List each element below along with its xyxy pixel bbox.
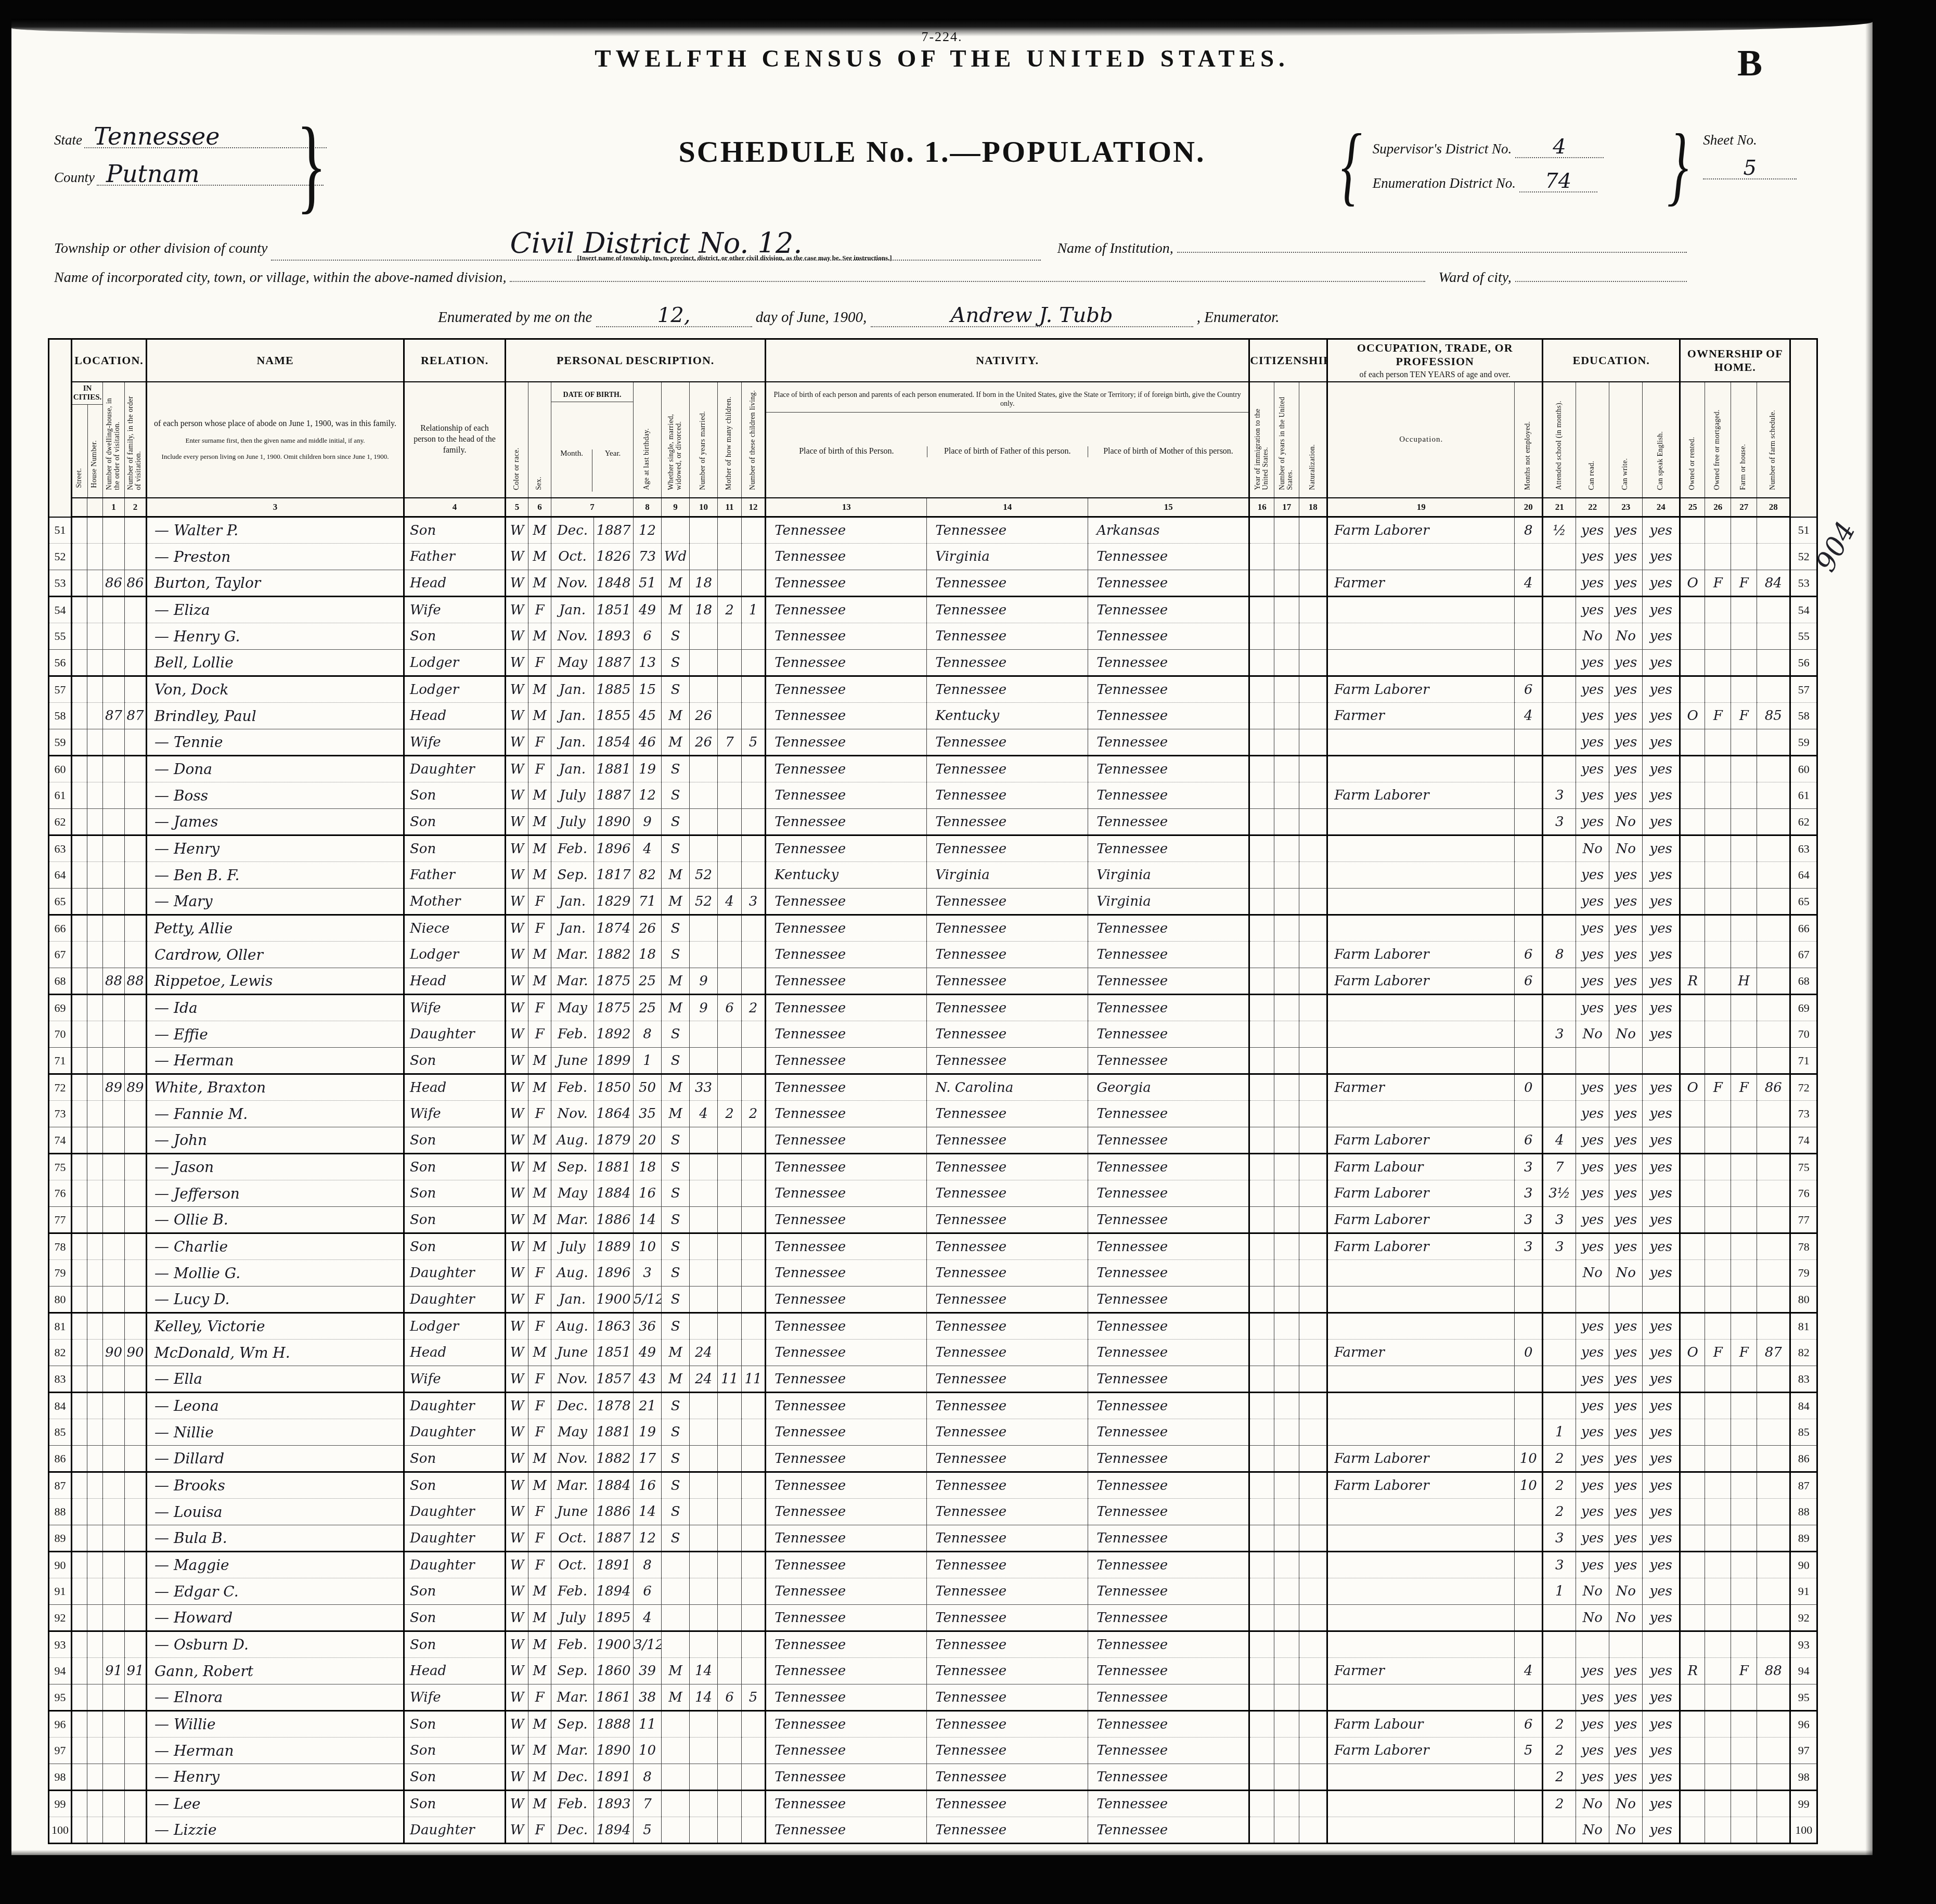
cell-oc: [1327, 1605, 1515, 1631]
cell-oc: Farmer: [1327, 1340, 1515, 1366]
cell-iy: [1249, 1499, 1274, 1525]
cell-pb: Tennessee: [766, 1711, 927, 1738]
cell-mo: Jan.: [551, 703, 594, 729]
cell-yu: [1274, 1366, 1299, 1393]
cell-fs: [1757, 729, 1790, 756]
line-number-left: 71: [49, 1048, 72, 1074]
cell-mo: Feb.: [551, 1021, 594, 1048]
cell-fs: [1757, 1711, 1790, 1738]
cell-ag: 13: [634, 650, 662, 676]
cell-mn: 10: [1515, 1472, 1543, 1499]
cell-nm: — Elnora: [147, 1684, 404, 1711]
cell-fh: [1731, 1472, 1757, 1499]
header-can-read: Can read.: [1576, 382, 1609, 498]
cell-ms: [662, 1711, 690, 1738]
line-number-left: 97: [49, 1738, 72, 1764]
line-number-left: 68: [49, 968, 72, 995]
cell-ce: yes: [1643, 1393, 1680, 1419]
line-number-right: 90: [1790, 1552, 1817, 1578]
cell-fs: [1757, 1287, 1790, 1313]
cell-cl: [742, 1552, 766, 1578]
cell-cl: [742, 1021, 766, 1048]
cell-dw: [103, 915, 125, 942]
group-name: NAME: [147, 339, 404, 382]
cell-pf: Tennessee: [927, 1684, 1088, 1711]
cell-ms: M: [662, 889, 690, 915]
cell-oc: Farm Laborer: [1327, 1472, 1515, 1499]
cell-ym: [690, 1233, 718, 1260]
cell-sx: M: [528, 623, 551, 650]
census-row: 56Bell, LollieLodgerWFMay188713STennesse…: [49, 650, 1817, 676]
line-number-left: 75: [49, 1154, 72, 1180]
cell-hn: [87, 942, 103, 968]
cell-nz: [1299, 1127, 1327, 1154]
cell-fs: [1757, 968, 1790, 995]
cell-fs: [1757, 517, 1790, 544]
enumerated-mid: day of June, 1900,: [756, 309, 867, 326]
cell-dw: [103, 1499, 125, 1525]
cell-mo: Feb.: [551, 1791, 594, 1817]
cell-rc: W: [506, 1499, 528, 1525]
cell-cl: [742, 1074, 766, 1101]
cell-fm: F: [1705, 703, 1731, 729]
cell-cl: [742, 1340, 766, 1366]
cell-pm: Tennessee: [1088, 703, 1249, 729]
cell-ms: M: [662, 968, 690, 995]
cell-dw: [103, 782, 125, 809]
cell-pf: Tennessee: [927, 1631, 1088, 1658]
cell-fam: [125, 517, 147, 544]
cell-fm: [1705, 1605, 1731, 1631]
line-number-left: 76: [49, 1180, 72, 1207]
cell-rl: Father: [404, 862, 506, 889]
cell-rl: Daughter: [404, 1817, 506, 1844]
cell-yu: [1274, 623, 1299, 650]
cell-fm: [1705, 1711, 1731, 1738]
cell-ym: 14: [690, 1658, 718, 1684]
line-number-left: 51: [49, 517, 72, 544]
cell-fam: [125, 1101, 147, 1127]
census-row: 51— Walter P.SonWMDec.188712TennesseeTen…: [49, 517, 1817, 544]
cell-iy: [1249, 1101, 1274, 1127]
cell-cr: yes: [1576, 915, 1609, 942]
cell-pf: Tennessee: [927, 756, 1088, 782]
cell-fam: [125, 1366, 147, 1393]
cell-sc: 3½: [1543, 1180, 1576, 1207]
cell-st: [72, 1552, 87, 1578]
cell-mo: July: [551, 1605, 594, 1631]
line-number-right: 65: [1790, 889, 1817, 915]
cell-nz: [1299, 676, 1327, 703]
census-row: 93— Osburn D.SonWMFeb.19003/12TennesseeT…: [49, 1631, 1817, 1658]
cell-iy: [1249, 756, 1274, 782]
cell-rl: Wife: [404, 995, 506, 1021]
cell-mn: 10: [1515, 1446, 1543, 1472]
cell-mc: [718, 1578, 742, 1605]
cell-yu: [1274, 889, 1299, 915]
cell-st: [72, 1738, 87, 1764]
supervisors-district-label: Supervisor's District No.: [1373, 141, 1512, 157]
cell-yu: [1274, 1419, 1299, 1446]
cell-sx: M: [528, 1764, 551, 1791]
cell-pf: Tennessee: [927, 1207, 1088, 1233]
census-row: 54— ElizaWifeWFJan.185149M1821TennesseeT…: [49, 597, 1817, 623]
cell-rc: W: [506, 915, 528, 942]
cell-fam: [125, 544, 147, 570]
census-row: 88— LouisaDaughterWFJune188614STennessee…: [49, 1499, 1817, 1525]
cell-st: [72, 835, 87, 862]
cell-nz: [1299, 1446, 1327, 1472]
cell-iy: [1249, 915, 1274, 942]
cell-mn: [1515, 889, 1543, 915]
cell-hn: [87, 1658, 103, 1684]
cell-dw: [103, 889, 125, 915]
cell-hn: [87, 1340, 103, 1366]
cell-sx: M: [528, 809, 551, 835]
cell-mc: [718, 1021, 742, 1048]
cell-nz: [1299, 1048, 1327, 1074]
cell-od: [1680, 1552, 1705, 1578]
cell-mc: 2: [718, 597, 742, 623]
cell-ym: 18: [690, 570, 718, 597]
cell-cr: yes: [1576, 544, 1609, 570]
cell-nm: White, Braxton: [147, 1074, 404, 1101]
cell-yr: 1900: [594, 1631, 634, 1658]
cell-mc: [718, 1738, 742, 1764]
group-ownership: OWNERSHIP OF HOME.: [1680, 339, 1790, 382]
cell-iy: [1249, 1233, 1274, 1260]
cell-nm: — Dona: [147, 756, 404, 782]
cell-nm: — Brooks: [147, 1472, 404, 1499]
cell-pm: Tennessee: [1088, 835, 1249, 862]
cell-mn: [1515, 1048, 1543, 1074]
cell-oc: Farmer: [1327, 703, 1515, 729]
line-number-right: 54: [1790, 597, 1817, 623]
group-citizenship: CITIZENSHIP.: [1249, 339, 1327, 382]
cell-rc: W: [506, 782, 528, 809]
census-row: 55— Henry G.SonWMNov.18936STennesseeTenn…: [49, 623, 1817, 650]
cell-od: [1680, 1631, 1705, 1658]
cell-yu: [1274, 756, 1299, 782]
line-number-left: 91: [49, 1578, 72, 1605]
cell-rl: Son: [404, 1605, 506, 1631]
cell-od: [1680, 1366, 1705, 1393]
enumerator-name: Andrew J. Tubb: [951, 303, 1113, 327]
cell-nz: [1299, 1180, 1327, 1207]
header-pob-mother: Place of birth of Mother of this person.: [1088, 446, 1248, 457]
cell-fh: [1731, 1313, 1757, 1340]
cell-mn: [1515, 1684, 1543, 1711]
cell-st: [72, 1419, 87, 1446]
cell-ms: M: [662, 862, 690, 889]
cell-fam: [125, 1791, 147, 1817]
cell-cw: No: [1609, 1021, 1643, 1048]
cell-dw: [103, 942, 125, 968]
cell-pm: Tennessee: [1088, 1393, 1249, 1419]
line-number-left: 89: [49, 1525, 72, 1552]
cell-fh: [1731, 1233, 1757, 1260]
cell-ce: yes: [1643, 1738, 1680, 1764]
cell-ag: 16: [634, 1180, 662, 1207]
cell-iy: [1249, 544, 1274, 570]
cell-iy: [1249, 676, 1274, 703]
header-mother-of: Mother of how many children.: [718, 382, 742, 498]
cell-mc: [718, 1180, 742, 1207]
cell-rc: W: [506, 1313, 528, 1340]
cell-oc: [1327, 729, 1515, 756]
line-number-right: 87: [1790, 1472, 1817, 1499]
cell-ce: yes: [1643, 1313, 1680, 1340]
cell-ce: [1643, 1631, 1680, 1658]
cell-mc: [718, 1631, 742, 1658]
cell-ms: M: [662, 1684, 690, 1711]
cell-cl: [742, 1817, 766, 1844]
cell-dw: 91: [103, 1658, 125, 1684]
census-row: 78— CharlieSonWMJuly188910STennesseeTenn…: [49, 1233, 1817, 1260]
cell-fm: [1705, 1631, 1731, 1658]
cell-ms: S: [662, 782, 690, 809]
cell-hn: [87, 889, 103, 915]
cell-fs: [1757, 1605, 1790, 1631]
cell-pb: Tennessee: [766, 650, 927, 676]
cell-fh: [1731, 1552, 1757, 1578]
cell-fh: [1731, 1525, 1757, 1552]
cell-ms: S: [662, 1207, 690, 1233]
cell-fh: [1731, 862, 1757, 889]
cell-pf: Tennessee: [927, 1658, 1088, 1684]
cell-fam: [125, 889, 147, 915]
cell-sc: [1543, 544, 1576, 570]
header-farm-house: Farm or house.: [1731, 382, 1757, 498]
cell-nz: [1299, 968, 1327, 995]
cell-sx: F: [528, 597, 551, 623]
cell-nm: — Preston: [147, 544, 404, 570]
cell-fs: [1757, 942, 1790, 968]
cell-sx: F: [528, 1021, 551, 1048]
cell-cr: yes: [1576, 597, 1609, 623]
cell-fm: [1705, 650, 1731, 676]
cell-st: [72, 915, 87, 942]
line-number-left: 92: [49, 1605, 72, 1631]
cell-fs: [1757, 1021, 1790, 1048]
line-number-right: 92: [1790, 1605, 1817, 1631]
cell-od: O: [1680, 570, 1705, 597]
cell-mc: [718, 1233, 742, 1260]
cell-yu: [1274, 1260, 1299, 1287]
form-number: 7-224.: [11, 29, 1873, 45]
cell-fh: [1731, 676, 1757, 703]
cell-oc: Farm Laborer: [1327, 517, 1515, 544]
header-owned-rented: Owned or rented.: [1680, 382, 1705, 498]
cell-st: [72, 1605, 87, 1631]
cell-ym: [690, 1817, 718, 1844]
cell-fm: [1705, 623, 1731, 650]
cell-ag: 19: [634, 756, 662, 782]
cell-hn: [87, 862, 103, 889]
cell-od: [1680, 835, 1705, 862]
cell-sc: [1543, 1074, 1576, 1101]
cell-nz: [1299, 1525, 1327, 1552]
cell-ym: 9: [690, 968, 718, 995]
cell-ym: 52: [690, 889, 718, 915]
line-number-right: 77: [1790, 1207, 1817, 1233]
cell-fh: [1731, 1419, 1757, 1446]
cell-pm: Tennessee: [1088, 1101, 1249, 1127]
cell-ms: S: [662, 942, 690, 968]
census-row: 61— BossSonWMJuly188712STennesseeTenness…: [49, 782, 1817, 809]
cell-rc: W: [506, 1658, 528, 1684]
cell-yr: 1875: [594, 995, 634, 1021]
census-row: 89— Bula B.DaughterWFOct.188712STennesse…: [49, 1525, 1817, 1552]
cell-od: [1680, 809, 1705, 835]
cell-nz: [1299, 1154, 1327, 1180]
cell-dw: [103, 1393, 125, 1419]
cell-rc: W: [506, 1101, 528, 1127]
cell-mo: Dec.: [551, 517, 594, 544]
cell-cw: yes: [1609, 703, 1643, 729]
cell-cr: yes: [1576, 1764, 1609, 1791]
cell-cw: No: [1609, 1260, 1643, 1287]
cell-pb: Tennessee: [766, 703, 927, 729]
cell-sc: 2: [1543, 1446, 1576, 1472]
line-number-left: 86: [49, 1446, 72, 1472]
cell-sc: [1543, 1313, 1576, 1340]
cell-ce: yes: [1643, 1578, 1680, 1605]
cell-nm: Cardrow, Oller: [147, 942, 404, 968]
cell-nm: — Howard: [147, 1605, 404, 1631]
cell-cl: [742, 544, 766, 570]
cell-hn: [87, 1446, 103, 1472]
cell-nm: — James: [147, 809, 404, 835]
cell-cw: yes: [1609, 1684, 1643, 1711]
cell-cw: yes: [1609, 756, 1643, 782]
cell-cl: 11: [742, 1366, 766, 1393]
cell-sx: M: [528, 1711, 551, 1738]
cell-pb: Tennessee: [766, 1817, 927, 1844]
cell-mc: [718, 1393, 742, 1419]
cell-cw: yes: [1609, 650, 1643, 676]
cell-od: [1680, 517, 1705, 544]
census-row: 100— LizzieDaughterWFDec.18945TennesseeT…: [49, 1817, 1817, 1844]
cell-sc: 3: [1543, 1233, 1576, 1260]
cell-fam: [125, 1605, 147, 1631]
cell-pb: Tennessee: [766, 623, 927, 650]
cell-mo: July: [551, 1233, 594, 1260]
cell-rl: Son: [404, 517, 506, 544]
line-number-right: 96: [1790, 1711, 1817, 1738]
cell-yr: 1881: [594, 1419, 634, 1446]
cell-ag: 7: [634, 1791, 662, 1817]
cell-rc: W: [506, 650, 528, 676]
cell-ce: yes: [1643, 1366, 1680, 1393]
cell-yr: 1887: [594, 1525, 634, 1552]
cell-mn: [1515, 1366, 1543, 1393]
cell-fm: [1705, 1393, 1731, 1419]
header-date-of-birth: DATE OF BIRTH. Month. Year.: [551, 382, 634, 498]
cell-dw: 86: [103, 570, 125, 597]
cell-sx: M: [528, 782, 551, 809]
cell-iy: [1249, 1605, 1274, 1631]
cell-mc: [718, 1446, 742, 1472]
census-row: 81Kelley, VictorieLodgerWFAug.186336STen…: [49, 1313, 1817, 1340]
cell-yr: 1884: [594, 1180, 634, 1207]
cell-ag: 6: [634, 623, 662, 650]
cell-fam: [125, 1154, 147, 1180]
cell-st: [72, 1233, 87, 1260]
cell-oc: [1327, 623, 1515, 650]
cell-ce: yes: [1643, 1472, 1680, 1499]
cell-iy: [1249, 809, 1274, 835]
cell-ms: [662, 517, 690, 544]
cell-cr: yes: [1576, 517, 1609, 544]
cell-cl: [742, 1207, 766, 1233]
cell-cr: yes: [1576, 650, 1609, 676]
cell-ag: 12: [634, 1525, 662, 1552]
cell-mc: [718, 570, 742, 597]
cell-fam: [125, 1021, 147, 1048]
cell-cr: yes: [1576, 1180, 1609, 1207]
cell-nm: — Mollie G.: [147, 1260, 404, 1287]
line-number-right: 71: [1790, 1048, 1817, 1074]
cell-yr: 1861: [594, 1684, 634, 1711]
cell-mo: July: [551, 782, 594, 809]
cell-mc: [718, 1048, 742, 1074]
cell-yu: [1274, 1048, 1299, 1074]
cell-cl: [742, 1525, 766, 1552]
group-occupation: OCCUPATION, TRADE, OR PROFESSION of each…: [1327, 339, 1543, 382]
cell-mc: [718, 676, 742, 703]
cell-cr: yes: [1576, 942, 1609, 968]
cell-ms: S: [662, 1154, 690, 1180]
cell-rc: W: [506, 809, 528, 835]
cell-fm: [1705, 1446, 1731, 1472]
cell-mn: [1515, 1552, 1543, 1578]
cell-mo: Jan.: [551, 597, 594, 623]
cell-dw: [103, 1684, 125, 1711]
cell-yu: [1274, 809, 1299, 835]
cell-nz: [1299, 1578, 1327, 1605]
cell-cw: yes: [1609, 1127, 1643, 1154]
cell-cr: No: [1576, 1791, 1609, 1817]
cell-fam: [125, 1711, 147, 1738]
census-row: 64— Ben B. F.FatherWMSep.181782M52Kentuc…: [49, 862, 1817, 889]
cell-nm: — Lucy D.: [147, 1287, 404, 1313]
cell-mc: [718, 623, 742, 650]
cell-fh: [1731, 1711, 1757, 1738]
cell-cw: yes: [1609, 1658, 1643, 1684]
cell-pm: Tennessee: [1088, 1738, 1249, 1764]
cell-iy: [1249, 995, 1274, 1021]
cell-oc: [1327, 1260, 1515, 1287]
census-row: 65— MaryMotherWFJan.182971M5243Tennessee…: [49, 889, 1817, 915]
cell-sc: [1543, 1631, 1576, 1658]
cell-fam: [125, 1048, 147, 1074]
cell-cl: [742, 703, 766, 729]
cell-od: [1680, 1605, 1705, 1631]
cell-nm: — Effie: [147, 1021, 404, 1048]
cell-mc: [718, 942, 742, 968]
cell-pf: Tennessee: [927, 1605, 1088, 1631]
cell-dw: [103, 1764, 125, 1791]
cell-nm: — Eliza: [147, 597, 404, 623]
cell-fam: 90: [125, 1340, 147, 1366]
cell-fs: [1757, 1207, 1790, 1233]
cell-oc: Farm Laborer: [1327, 676, 1515, 703]
cell-cr: yes: [1576, 703, 1609, 729]
cell-pf: Tennessee: [927, 1127, 1088, 1154]
line-number-right: 61: [1790, 782, 1817, 809]
cell-rc: W: [506, 544, 528, 570]
